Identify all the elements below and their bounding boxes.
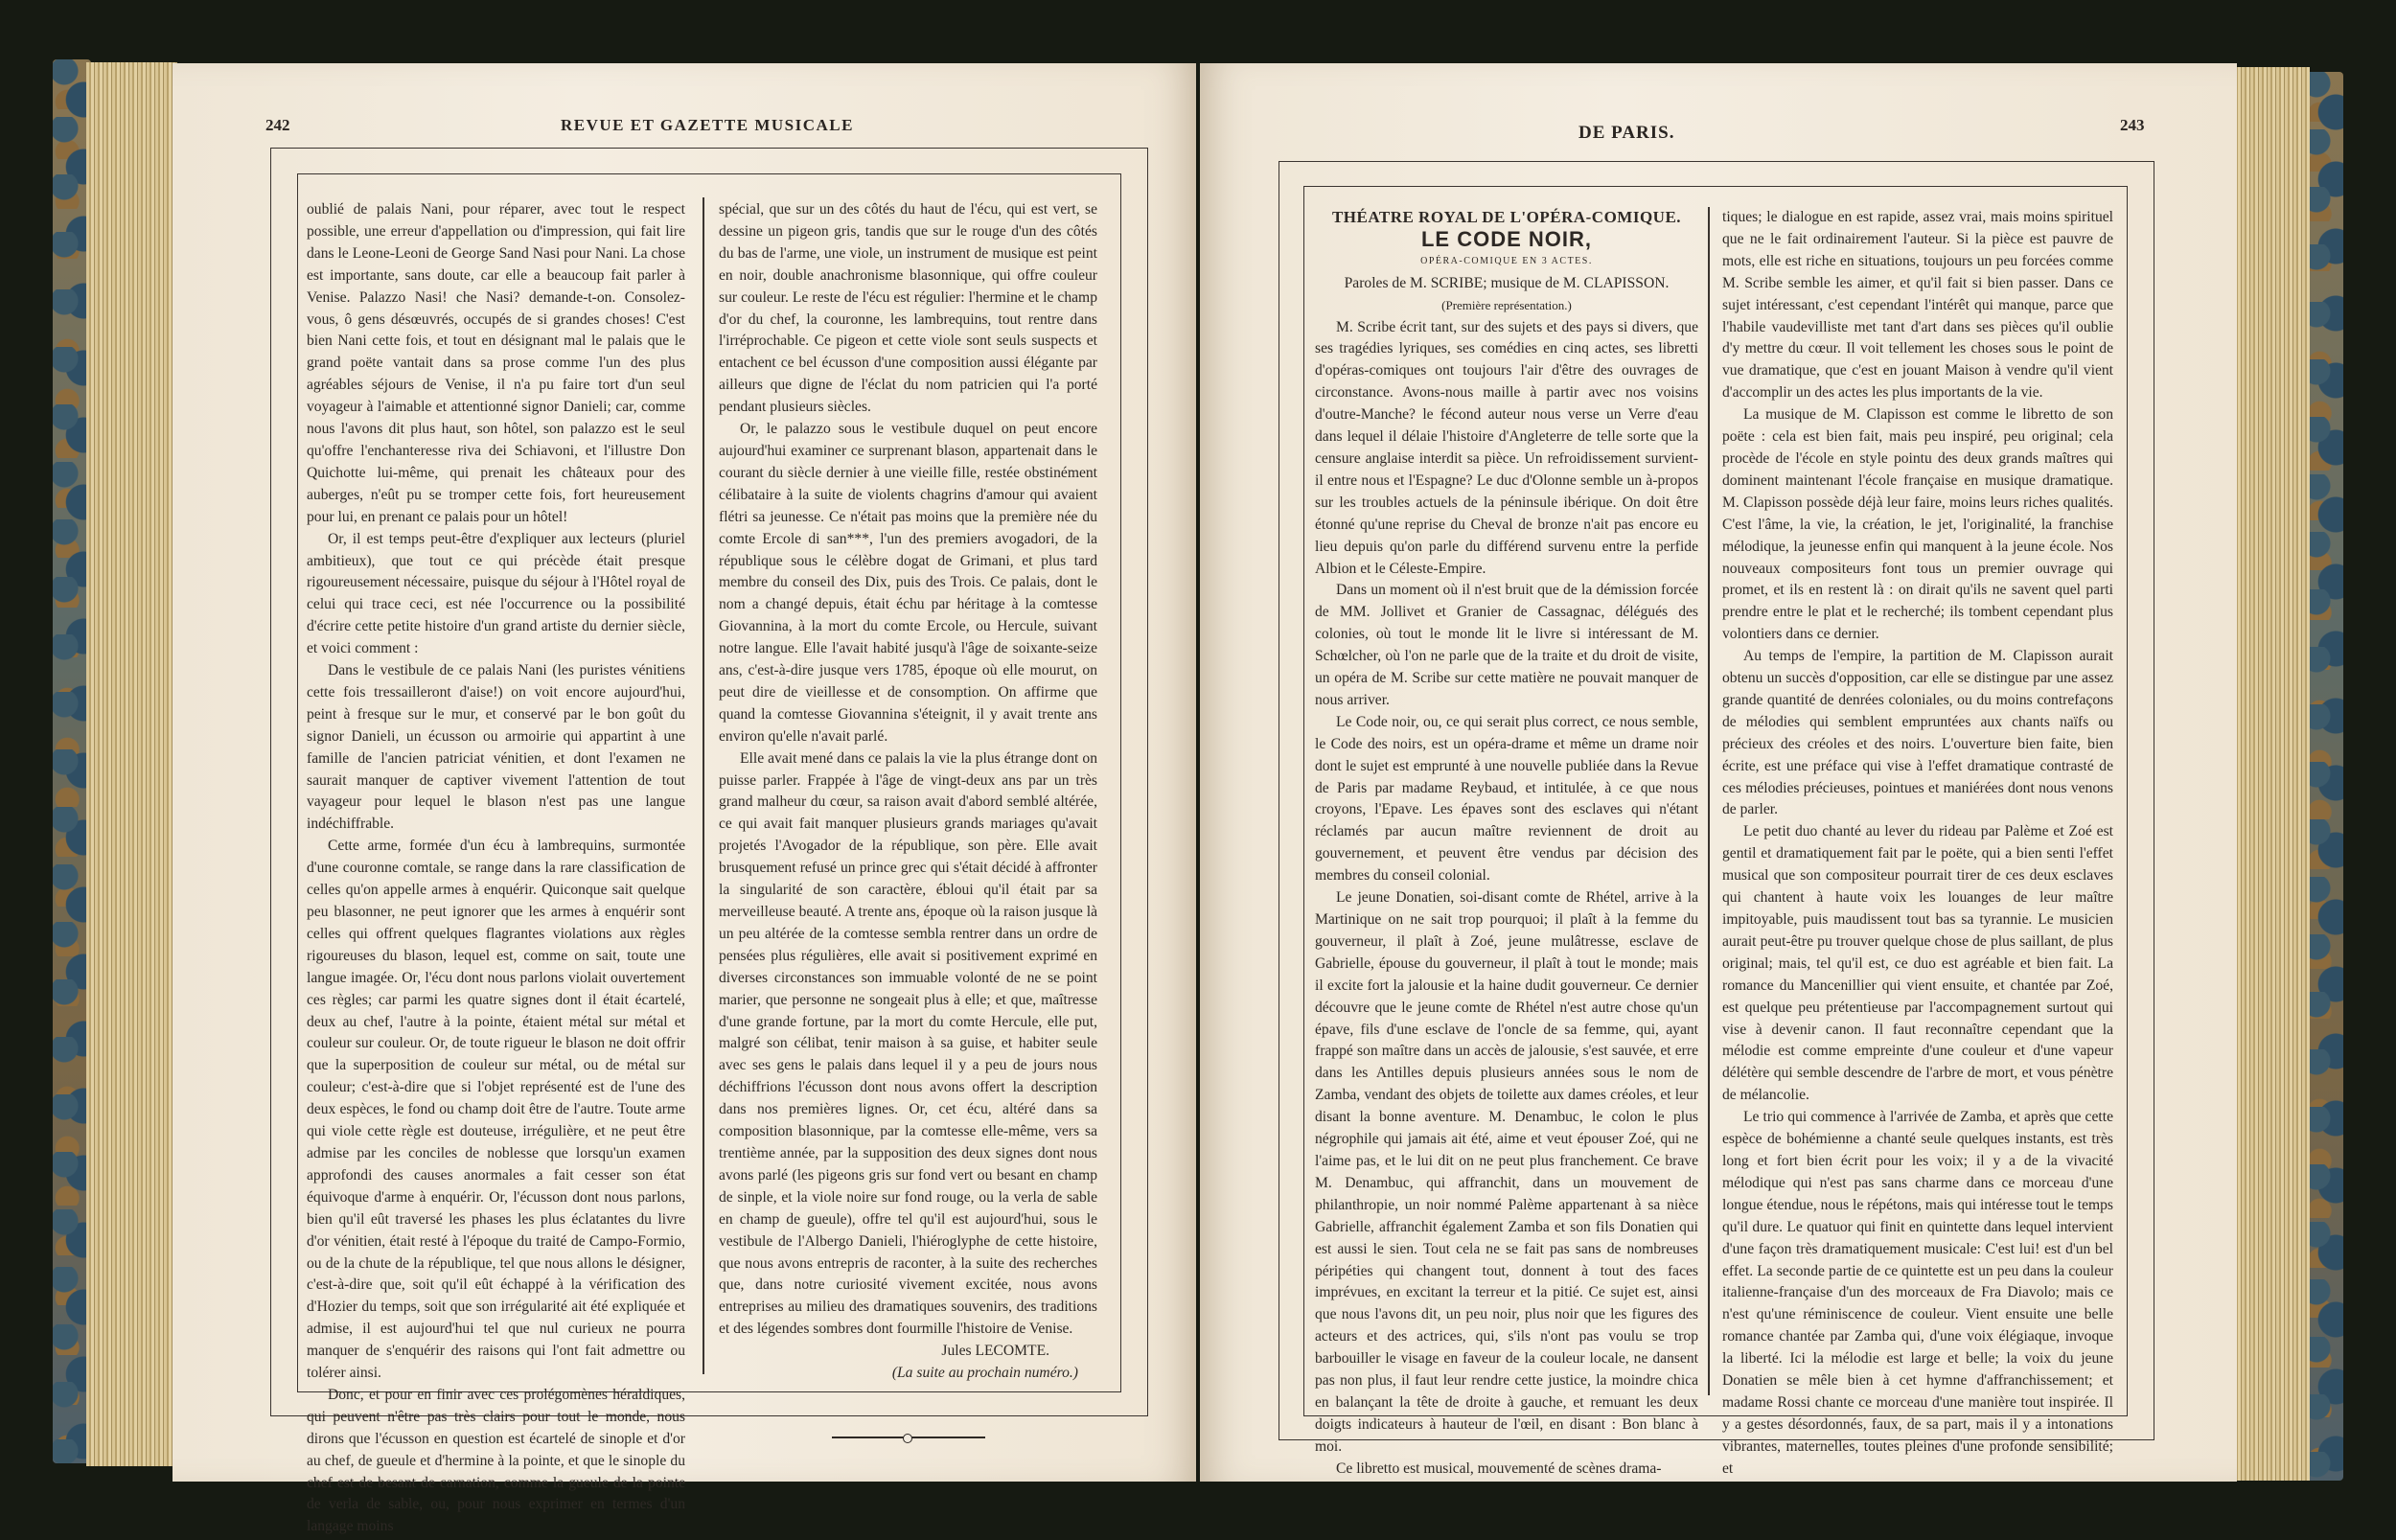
paragraph: spécial, que sur un des côtés du haut de… [719, 199, 1097, 419]
page-number: 242 [265, 116, 290, 135]
left-column-2: spécial, que sur un des côtés du haut de… [719, 199, 1097, 1442]
left-page: 242 REVUE ET GAZETTE MUSICALE oublié de … [173, 63, 1196, 1482]
running-head: REVUE ET GAZETTE MUSICALE [561, 116, 854, 135]
theatre-heading: THÉATRE ROYAL DE L'OPÉRA-COMIQUE. [1315, 207, 1698, 229]
credits: Paroles de M. SCRIBE; musique de M. CLAP… [1315, 273, 1698, 295]
paragraph: Ce libretto est musical, mouvementé de s… [1315, 1459, 1698, 1481]
paragraph: Le jeune Donatien, soi-disant comte de R… [1315, 887, 1698, 1459]
book-cover-left [53, 59, 91, 1463]
performance-note: (Première représentation.) [1315, 295, 1698, 317]
ornament-divider [832, 1433, 985, 1442]
paragraph: Dans un moment où il n'est bruit que de … [1315, 580, 1698, 711]
book-cover-right [2305, 72, 2343, 1481]
paragraph: La musique de M. Clapisson est comme le … [1722, 404, 2113, 646]
right-column-1: THÉATRE ROYAL DE L'OPÉRA-COMIQUE. LE COD… [1315, 207, 1698, 1481]
paragraph: tiques; le dialogue en est rapide, assez… [1722, 207, 2113, 404]
work-title: LE CODE NOIR, [1315, 229, 1698, 251]
author-signature: Jules LECOMTE. [719, 1341, 1097, 1363]
paragraph: Dans le vestibule de ce palais Nani (les… [307, 660, 685, 836]
work-genre: OPÉRA-COMIQUE EN 3 ACTES. [1315, 251, 1698, 273]
column-rule [703, 197, 704, 1374]
left-column-1: oublié de palais Nani, pour réparer, ave… [307, 199, 685, 1538]
paragraph: Or, le palazzo sous le vestibule duquel … [719, 419, 1097, 748]
right-column-2: tiques; le dialogue en est rapide, assez… [1722, 207, 2113, 1481]
page-edges-left [86, 62, 177, 1466]
column-rule [1708, 207, 1710, 1395]
paragraph: Le trio qui commence à l'arrivée de Zamb… [1722, 1107, 2113, 1480]
paragraph: M. Scribe écrit tant, sur des sujets et … [1315, 317, 1698, 581]
paragraph: Elle avait mené dans ce palais la vie la… [719, 748, 1097, 1341]
paragraph: Le petit duo chanté au lever du rideau p… [1722, 821, 2113, 1107]
paragraph: Donc, et pour en finir avec ces prolégom… [307, 1385, 685, 1538]
paragraph: Au temps de l'empire, la partition de M.… [1722, 646, 2113, 821]
paragraph: Or, il est temps peut-être d'expliquer a… [307, 529, 685, 660]
page-edges-right [2233, 67, 2310, 1481]
continued-note: (La suite au prochain numéro.) [719, 1363, 1097, 1385]
paragraph: Cette arme, formée d'un écu à lambrequin… [307, 836, 685, 1385]
paragraph: Le Code noir, ou, ce qui serait plus cor… [1315, 712, 1698, 887]
paragraph: oublié de palais Nani, pour réparer, ave… [307, 199, 685, 529]
right-page: DE PARIS. 243 THÉATRE ROYAL DE L'OPÉRA-C… [1200, 63, 2237, 1482]
running-head: DE PARIS. [1578, 123, 1675, 144]
page-number: 243 [2120, 116, 2145, 135]
